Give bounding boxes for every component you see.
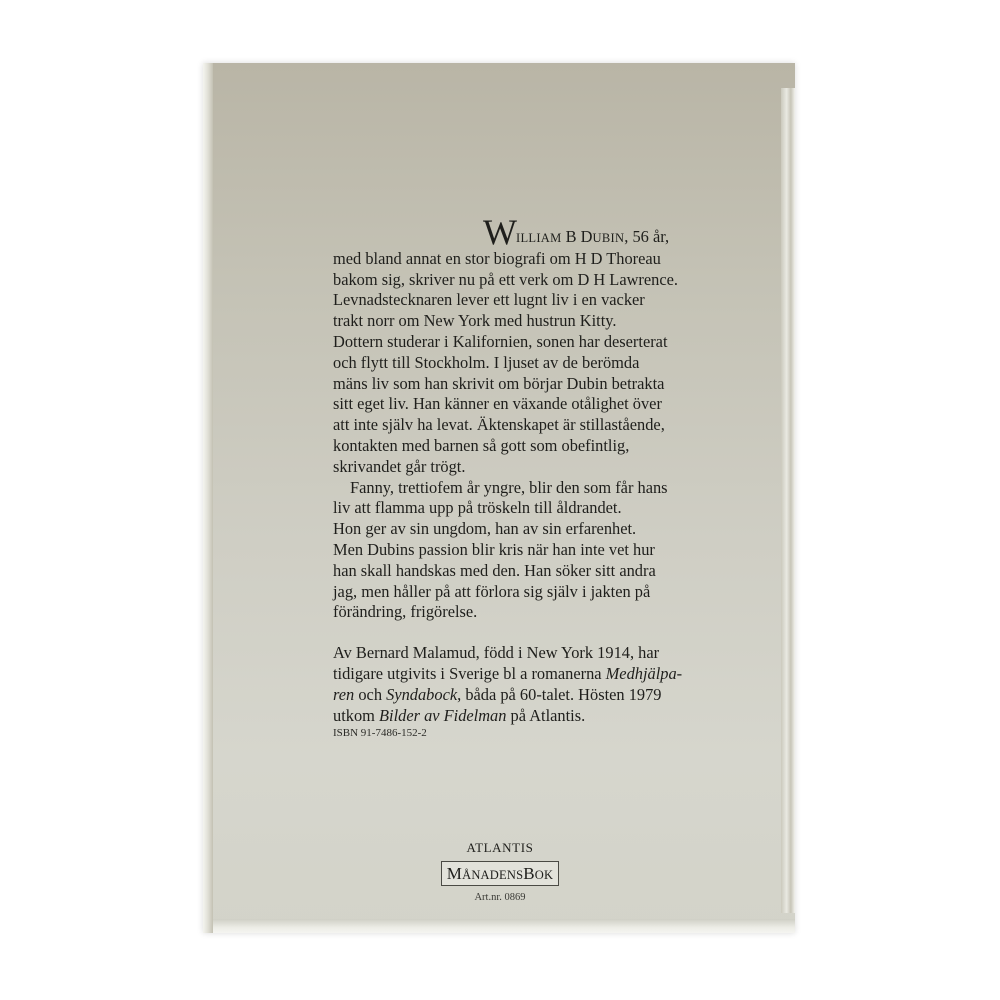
- text-line: och flytt till Stockholm. I ljuset av de…: [333, 353, 733, 374]
- text-line: sitt eget liv. Han känner en växande otå…: [333, 394, 733, 415]
- text-line: med bland annat en stor biografi om H D …: [333, 249, 733, 270]
- text-line: Men Dubins passion blir kris när han int…: [333, 540, 733, 561]
- text-line: Fanny, trettiofem år yngre, blir den som…: [333, 478, 733, 499]
- book-bottom-edge: [213, 919, 795, 933]
- drop-cap: W: [483, 212, 516, 252]
- photo-stage: WILLIAM B DUBIN, 56 år, med bland annat …: [0, 0, 1000, 1000]
- text-line: jag, men håller på att förlora sig själv…: [333, 582, 733, 603]
- text-line: mäns liv som han skrivit om börjar Dubin…: [333, 374, 733, 395]
- text-line: han skall handskas med den. Han söker si…: [333, 561, 733, 582]
- text-line: Levnadstecknaren lever ett lugnt liv i e…: [333, 290, 733, 311]
- imprint-logo: MÅNADENSBOK: [441, 861, 559, 886]
- publisher-block: ATLANTIS MÅNADENSBOK Art.nr. 0869: [400, 840, 600, 903]
- text-line: förändring, frigörelse.: [333, 602, 733, 623]
- text-line: bakom sig, skriver nu på ett verk om D H…: [333, 270, 733, 291]
- text-line: skrivandet går trögt.: [333, 457, 733, 478]
- article-number: Art.nr. 0869: [400, 892, 600, 903]
- text-line: Hon ger av sin ungdom, han av sin erfare…: [333, 519, 733, 540]
- text-line: trakt norr om New York med hustrun Kitty…: [333, 311, 733, 332]
- spine-color-mark: [786, 487, 793, 542]
- text-line: Dottern studerar i Kalifornien, sonen ha…: [333, 332, 733, 353]
- text-line: att inte själv ha levat. Äktenskapet är …: [333, 415, 733, 436]
- isbn-number: ISBN 91-7486-152-2: [333, 727, 427, 739]
- blurb-paragraph-1: med bland annat en stor biografi om H D …: [333, 249, 733, 478]
- text-line: kontakten med barnen så gott som obefint…: [333, 436, 733, 457]
- blurb-paragraph-2: Fanny, trettiofem år yngre, blir den som…: [333, 478, 733, 624]
- blurb-first-line: WILLIAM B DUBIN, 56 år,: [333, 222, 733, 249]
- publisher-name: ATLANTIS: [400, 840, 600, 856]
- blurb-text: WILLIAM B DUBIN, 56 år, med bland annat …: [333, 222, 733, 726]
- author-note: Av Bernard Malamud, född i New York 1914…: [333, 643, 733, 726]
- text-line: liv att flamma upp på tröskeln till åldr…: [333, 498, 733, 519]
